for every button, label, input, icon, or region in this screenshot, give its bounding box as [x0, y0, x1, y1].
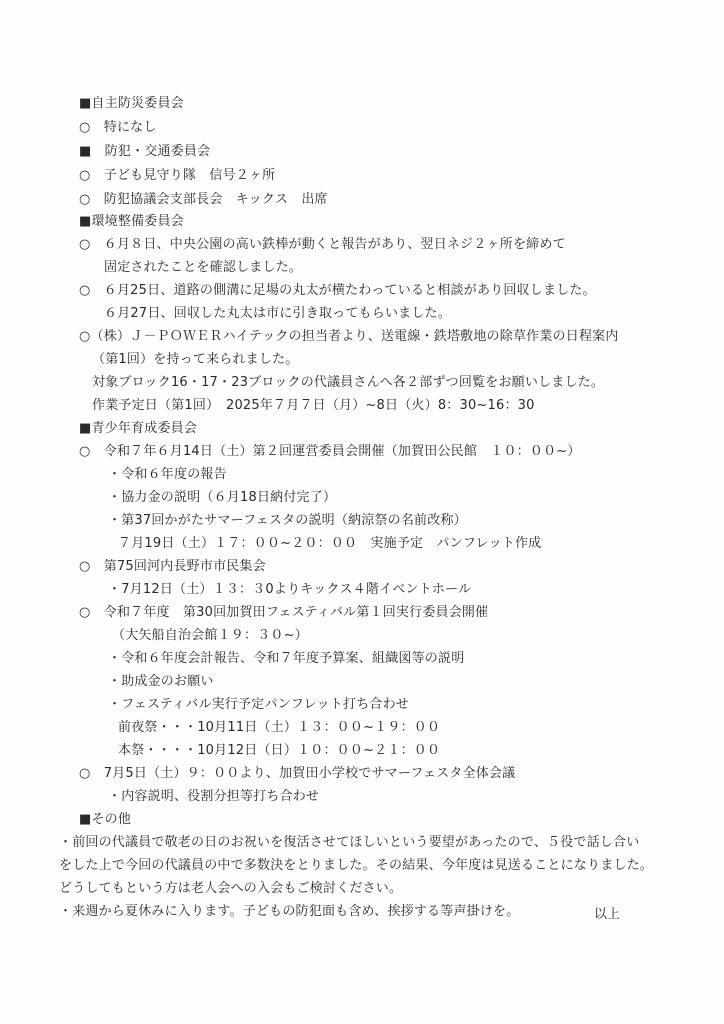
- list-item: ○ ６月25日、道路の側溝に足場の丸太が横たわっていると相談があり回収しました。: [79, 283, 596, 299]
- list-item: （第1回）を持って来られました。: [92, 352, 298, 368]
- list-item: ・協力金の説明（６月18日納付完了）: [108, 490, 336, 506]
- list-item: 固定されたことを確認しました。: [104, 260, 302, 276]
- list-item: ・第37回かがたサマーフェスタの説明（納涼祭の名前改称）: [108, 513, 467, 529]
- list-item: 本祭・・・・10月12日（日）１０：００~２１：００: [118, 743, 440, 759]
- list-item: ６月27日、回収した丸太は市に引き取ってもらいました。: [104, 306, 451, 322]
- list-item: ○ 防犯協議会支部長会 キックス 出席: [79, 192, 328, 208]
- list-item: ○ ６月８日、中央公園の高い鉄棒が動くと報告があり、翌日ネジ２ヶ所を締めて: [79, 237, 566, 253]
- section-heading-environment: ■環境整備委員会: [79, 214, 184, 230]
- list-item: ・前回の代議員で敬老の日のお祝いを復活させてほしいという要望があったので、５役で…: [59, 835, 639, 851]
- list-item: 対象ブロック16・17・23ブロックの代議員さんへ各２部ずつ回覧をお願いしました…: [92, 375, 604, 391]
- section-heading-disaster: ■自主防災委員会: [79, 96, 184, 112]
- list-item: ○ 令和７年６月14日（土）第２回運営委員会開催（加賀田公民館 １０：００~）: [79, 444, 581, 460]
- list-item: ・内容説明、役割分担等打ち合わせ: [108, 789, 319, 805]
- list-item: ・助成金のお願い: [108, 674, 214, 690]
- list-item: ○（株）Ｊ－ＰＯＷＥＲハイテックの担当者より、送電線・鉄塔敷地の除草作業の日程案…: [79, 329, 619, 345]
- list-item: ○ 令和７年度 第30回加賀田フェスティバル第１回実行委員会開催: [79, 605, 488, 621]
- section-heading-crime-traffic: ■ 防犯・交通委員会: [79, 144, 210, 160]
- list-item: ・令和６年度会計報告、令和７年度予算案、組織図等の説明: [108, 651, 464, 667]
- list-item: ○ 子ども見守り隊 信号２ヶ所: [79, 168, 275, 184]
- list-item: 前夜祭・・・10月11日（土）１３：００~１９：００: [118, 720, 440, 736]
- list-item: ○ 7月5日（土）９：００より、加賀田小学校でサマーフェスタ全体会議: [79, 766, 515, 782]
- list-item: をした上で今回の代議員の中で多数決をとりました。その結果、今年度は見送ることにな…: [59, 858, 653, 874]
- list-item: ・令和６年度の報告: [108, 467, 227, 483]
- list-item: （大矢船自治会館１９：３０~）: [112, 628, 308, 644]
- section-heading-other: ■その他: [79, 812, 131, 828]
- list-item: ７月19日（土）１７：００~２０：００ 実施予定 パンフレット作成: [118, 536, 541, 552]
- list-item: ○ 特になし: [79, 120, 157, 136]
- section-heading-youth: ■青少年育成委員会: [79, 421, 197, 437]
- list-item: ・7月12日（土）１３：３0よりキックス４階イベントホール: [108, 582, 471, 598]
- list-item: ・来週から夏休みに入ります。子どもの防犯面も含め、挨拶する等声掛けを。: [59, 904, 519, 920]
- signoff: 以上: [594, 907, 620, 923]
- list-item: ○ 第75回河内長野市市民集会: [79, 559, 266, 575]
- document-page: ■自主防災委員会 ○ 特になし ■ 防犯・交通委員会 ○ 子ども見守り隊 信号２…: [0, 0, 724, 1024]
- list-item: どうしてもという方は老人会への入会もご検討ください。: [59, 881, 402, 897]
- list-item: ・フェスティバル実行予定パンフレット打ち合わせ: [108, 697, 409, 713]
- list-item: 作業予定日（第1回） 2025年７月７日（月）~8日（火）8：30~16：30: [92, 398, 535, 414]
